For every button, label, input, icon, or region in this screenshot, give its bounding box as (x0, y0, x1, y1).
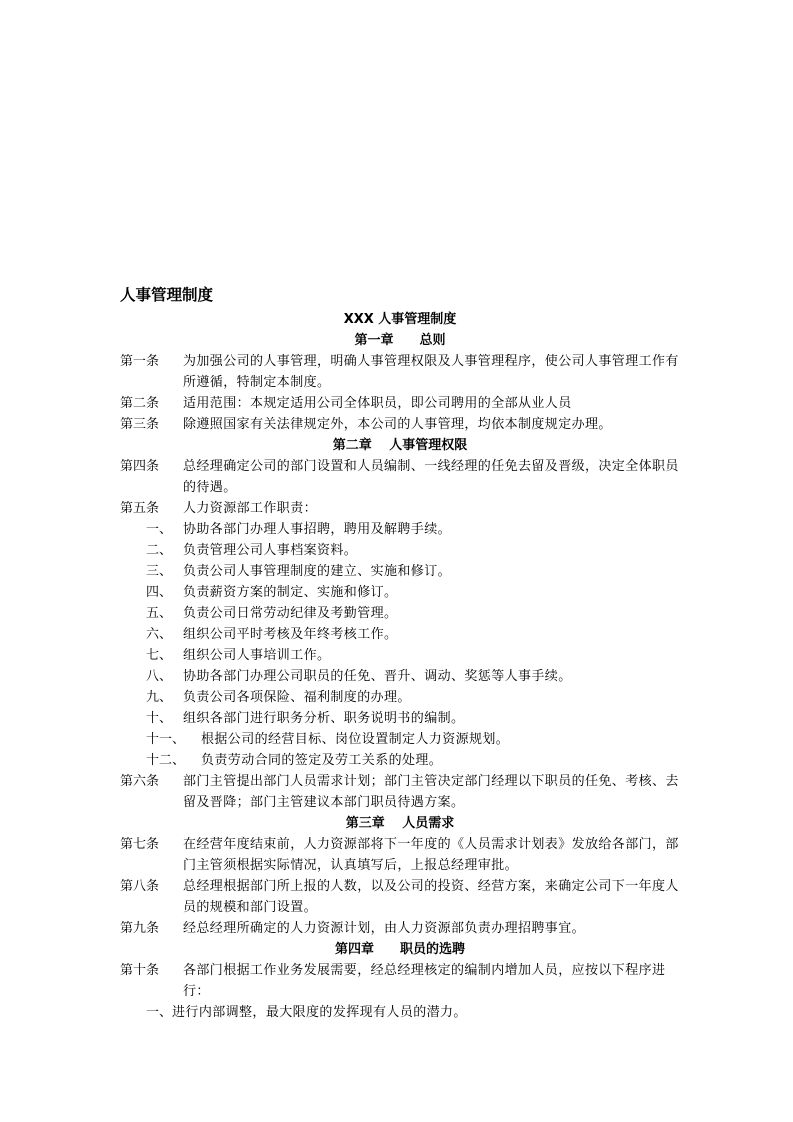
chapter-heading-3: 第三章 人员需求 (120, 813, 680, 834)
document-title: 人事管理制度 (120, 284, 680, 306)
article-4: 第四条 总经理确定公司的部门设置和人员编制、一线经理的任免去留及晋级，决定全体职… (120, 456, 680, 498)
list-item-text: 负责劳动合同的签定及劳工关系的处理。 (201, 750, 680, 771)
list-item-number: 六、 (146, 624, 183, 645)
article-text: 适用范围：本规定适用公司全体职员，即公司聘用的全部从业人员 (183, 393, 680, 414)
article-text: 总经理确定公司的部门设置和人员编制、一线经理的任免去留及晋级，决定全体职员的待遇… (183, 456, 680, 498)
article-1: 第一条 为加强公司的人事管理，明确人事管理权限及人事管理程序，使公司人事管理工作… (120, 351, 680, 393)
list-item-number: 四、 (146, 582, 183, 603)
article-text: 总经理根据部门所上报的人数，以及公司的投资、经营方案，来确定公司下一年度人员的规… (183, 876, 680, 918)
list-item-text: 组织公司人事培训工作。 (183, 645, 680, 666)
article-number: 第一条 (120, 351, 183, 393)
chapter-heading-2: 第二章 人事管理权限 (120, 435, 680, 456)
list-item-text: 负责公司人事管理制度的建立、实施和修订。 (183, 561, 680, 582)
list-item-number: 八、 (146, 666, 183, 687)
list-item-number: 九、 (146, 687, 183, 708)
article-9: 第九条 经总经理所确定的人力资源计划，由人力资源部负责办理招聘事宜。 (120, 918, 680, 939)
list-item: 六、 组织公司平时考核及年终考核工作。 (120, 624, 680, 645)
list-item: 四、 负责薪资方案的制定、实施和修订。 (120, 582, 680, 603)
article-8: 第八条 总经理根据部门所上报的人数，以及公司的投资、经营方案，来确定公司下一年度… (120, 876, 680, 918)
list-item-number: 七、 (146, 645, 183, 666)
list-item-text: 负责公司日常劳动纪律及考勤管理。 (183, 603, 680, 624)
list-item-text: 负责薪资方案的制定、实施和修订。 (183, 582, 680, 603)
list-item-number: 十一、 (146, 729, 201, 750)
list-item: 八、 协助各部门办理公司职员的任免、晋升、调动、奖惩等人事手续。 (120, 666, 680, 687)
list-item-text: 组织公司平时考核及年终考核工作。 (183, 624, 680, 645)
list-item-text: 负责管理公司人事档案资料。 (183, 540, 680, 561)
article-text: 除遵照国家有关法律规定外，本公司的人事管理，均依本制度规定办理。 (183, 414, 680, 435)
list-item-text: 负责公司各项保险、福利制度的办理。 (183, 687, 680, 708)
article-number: 第八条 (120, 876, 183, 918)
article-text: 人力资源部工作职责： (183, 498, 680, 519)
list-item-number: 三、 (146, 561, 183, 582)
list-item: 五、 负责公司日常劳动纪律及考勤管理。 (120, 603, 680, 624)
article-number: 第二条 (120, 393, 183, 414)
list-item-text: 协助各部门办理公司职员的任免、晋升、调动、奖惩等人事手续。 (183, 666, 680, 687)
article-number: 第十条 (120, 960, 183, 1002)
document-body: 人事管理制度 XXX 人事管理制度 第一章 总则 第一条 为加强公司的人事管理，… (120, 284, 680, 1023)
article-number: 第三条 (120, 414, 183, 435)
list-item-number: 一、 (146, 519, 183, 540)
article-7: 第七条 在经营年度结束前，人力资源部将下一年度的《人员需求计划表》发放给各部门，… (120, 834, 680, 876)
list-item: 一、 协助各部门办理人事招聘，聘用及解聘手续。 (120, 519, 680, 540)
list-item-number: 五、 (146, 603, 183, 624)
article-number: 第四条 (120, 456, 183, 498)
document-page: 人事管理制度 XXX 人事管理制度 第一章 总则 第一条 为加强公司的人事管理，… (0, 0, 793, 1122)
list-item-number: 一、 (146, 1002, 172, 1023)
list-item: 十、 组织各部门进行职务分析、职务说明书的编制。 (120, 708, 680, 729)
list-item-text: 组织各部门进行职务分析、职务说明书的编制。 (183, 708, 680, 729)
article-text: 各部门根据工作业务发展需要，经总经理核定的编制内增加人员，应按以下程序进行： (183, 960, 680, 1002)
list-item: 七、 组织公司人事培训工作。 (120, 645, 680, 666)
list-item-text: 根据公司的经营目标、岗位设置制定人力资源规划。 (201, 729, 680, 750)
list-item-number: 十、 (146, 708, 183, 729)
list-item-text: 协助各部门办理人事招聘，聘用及解聘手续。 (183, 519, 680, 540)
document-subtitle: XXX 人事管理制度 (120, 309, 680, 330)
list-item: 十一、 根据公司的经营目标、岗位设置制定人力资源规划。 (120, 729, 680, 750)
list-item: 三、 负责公司人事管理制度的建立、实施和修订。 (120, 561, 680, 582)
article-number: 第九条 (120, 918, 183, 939)
list-item-text: 进行内部调整，最大限度的发挥现有人员的潜力。 (172, 1002, 680, 1023)
list-item: 十二、 负责劳动合同的签定及劳工关系的处理。 (120, 750, 680, 771)
article-3: 第三条 除遵照国家有关法律规定外，本公司的人事管理，均依本制度规定办理。 (120, 414, 680, 435)
list-item: 二、 负责管理公司人事档案资料。 (120, 540, 680, 561)
list-item-number: 二、 (146, 540, 183, 561)
article-text: 部门主管提出部门人员需求计划；部门主管决定部门经理以下职员的任免、考核、去留及晋… (183, 771, 680, 813)
article-10: 第十条 各部门根据工作业务发展需要，经总经理核定的编制内增加人员，应按以下程序进… (120, 960, 680, 1002)
list-item: 九、 负责公司各项保险、福利制度的办理。 (120, 687, 680, 708)
list-item: 一、 进行内部调整，最大限度的发挥现有人员的潜力。 (120, 1002, 680, 1023)
article-text: 为加强公司的人事管理，明确人事管理权限及人事管理程序，使公司人事管理工作有所遵循… (183, 351, 680, 393)
chapter-heading-1: 第一章 总则 (120, 330, 680, 351)
article-text: 在经营年度结束前，人力资源部将下一年度的《人员需求计划表》发放给各部门，部门主管… (183, 834, 680, 876)
article-5: 第五条 人力资源部工作职责： (120, 498, 680, 519)
article-number: 第七条 (120, 834, 183, 876)
list-item-number: 十二、 (146, 750, 201, 771)
article-2: 第二条 适用范围：本规定适用公司全体职员，即公司聘用的全部从业人员 (120, 393, 680, 414)
article-number: 第五条 (120, 498, 183, 519)
chapter-heading-4: 第四章 职员的选聘 (120, 939, 680, 960)
article-text: 经总经理所确定的人力资源计划，由人力资源部负责办理招聘事宜。 (183, 918, 680, 939)
article-6: 第六条 部门主管提出部门人员需求计划；部门主管决定部门经理以下职员的任免、考核、… (120, 771, 680, 813)
article-number: 第六条 (120, 771, 183, 813)
